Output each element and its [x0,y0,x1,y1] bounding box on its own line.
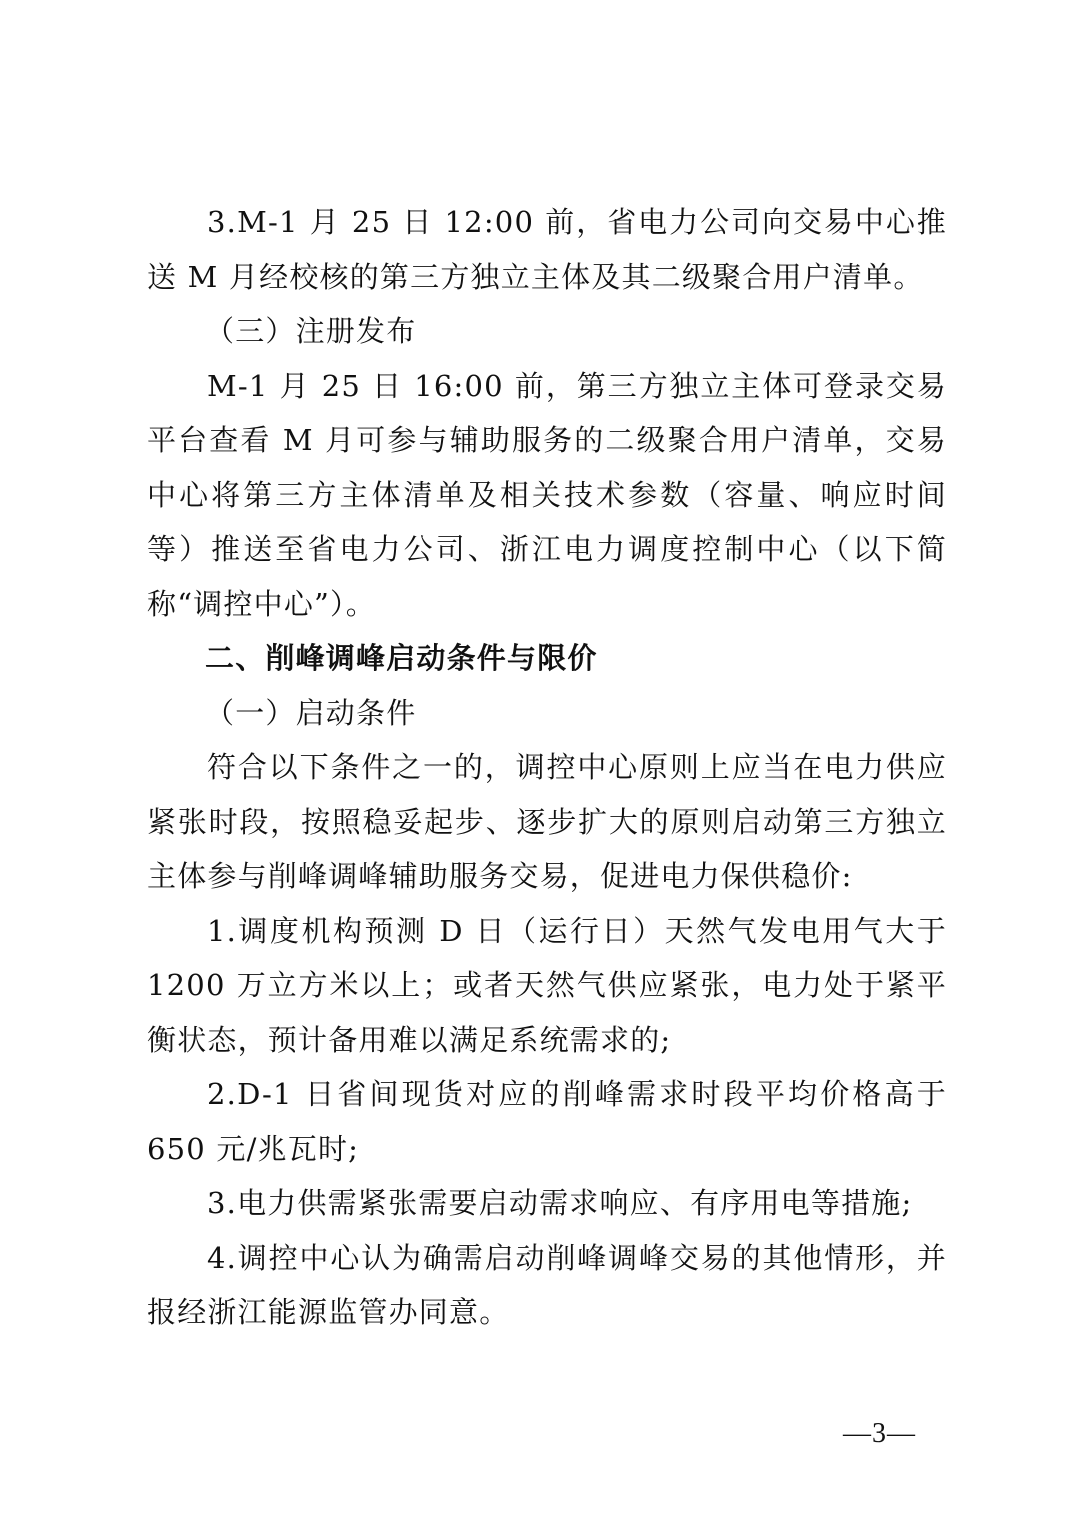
section-heading-start-conditions-price-limits: 二、削峰调峰启动条件与限价 [147,631,947,686]
condition-item-4: 4.调控中心认为确需启动削峰调峰交易的其他情形，并报经浙江能源监管办同意。 [147,1231,947,1340]
condition-item-3: 3.电力供需紧张需要启动需求响应、有序用电等措施; [147,1176,947,1231]
condition-item-1: 1.调度机构预测 D 日（运行日）天然气发电用气大于 1200 万立方米以上；或… [147,904,947,1068]
paragraph-start-conditions-intro: 符合以下条件之一的，调控中心原则上应当在电力供应紧张时段，按照稳妥起步、逐步扩大… [147,740,947,904]
condition-item-2: 2.D-1 日省间现货对应的削峰需求时段平均价格高于 650 元/兆瓦时; [147,1067,947,1176]
subheading-start-conditions: （一）启动条件 [147,686,947,741]
paragraph-registration-release: M-1 月 25 日 16:00 前，第三方独立主体可登录交易平台查看 M 月可… [147,359,947,632]
document-page: 3.M-1 月 25 日 12:00 前，省电力公司向交易中心推送 M 月经校核… [147,195,947,1340]
page-number: —3— [843,1418,916,1450]
item-3-push-list: 3.M-1 月 25 日 12:00 前，省电力公司向交易中心推送 M 月经校核… [147,195,947,304]
subheading-registration-release: （三）注册发布 [147,304,947,359]
